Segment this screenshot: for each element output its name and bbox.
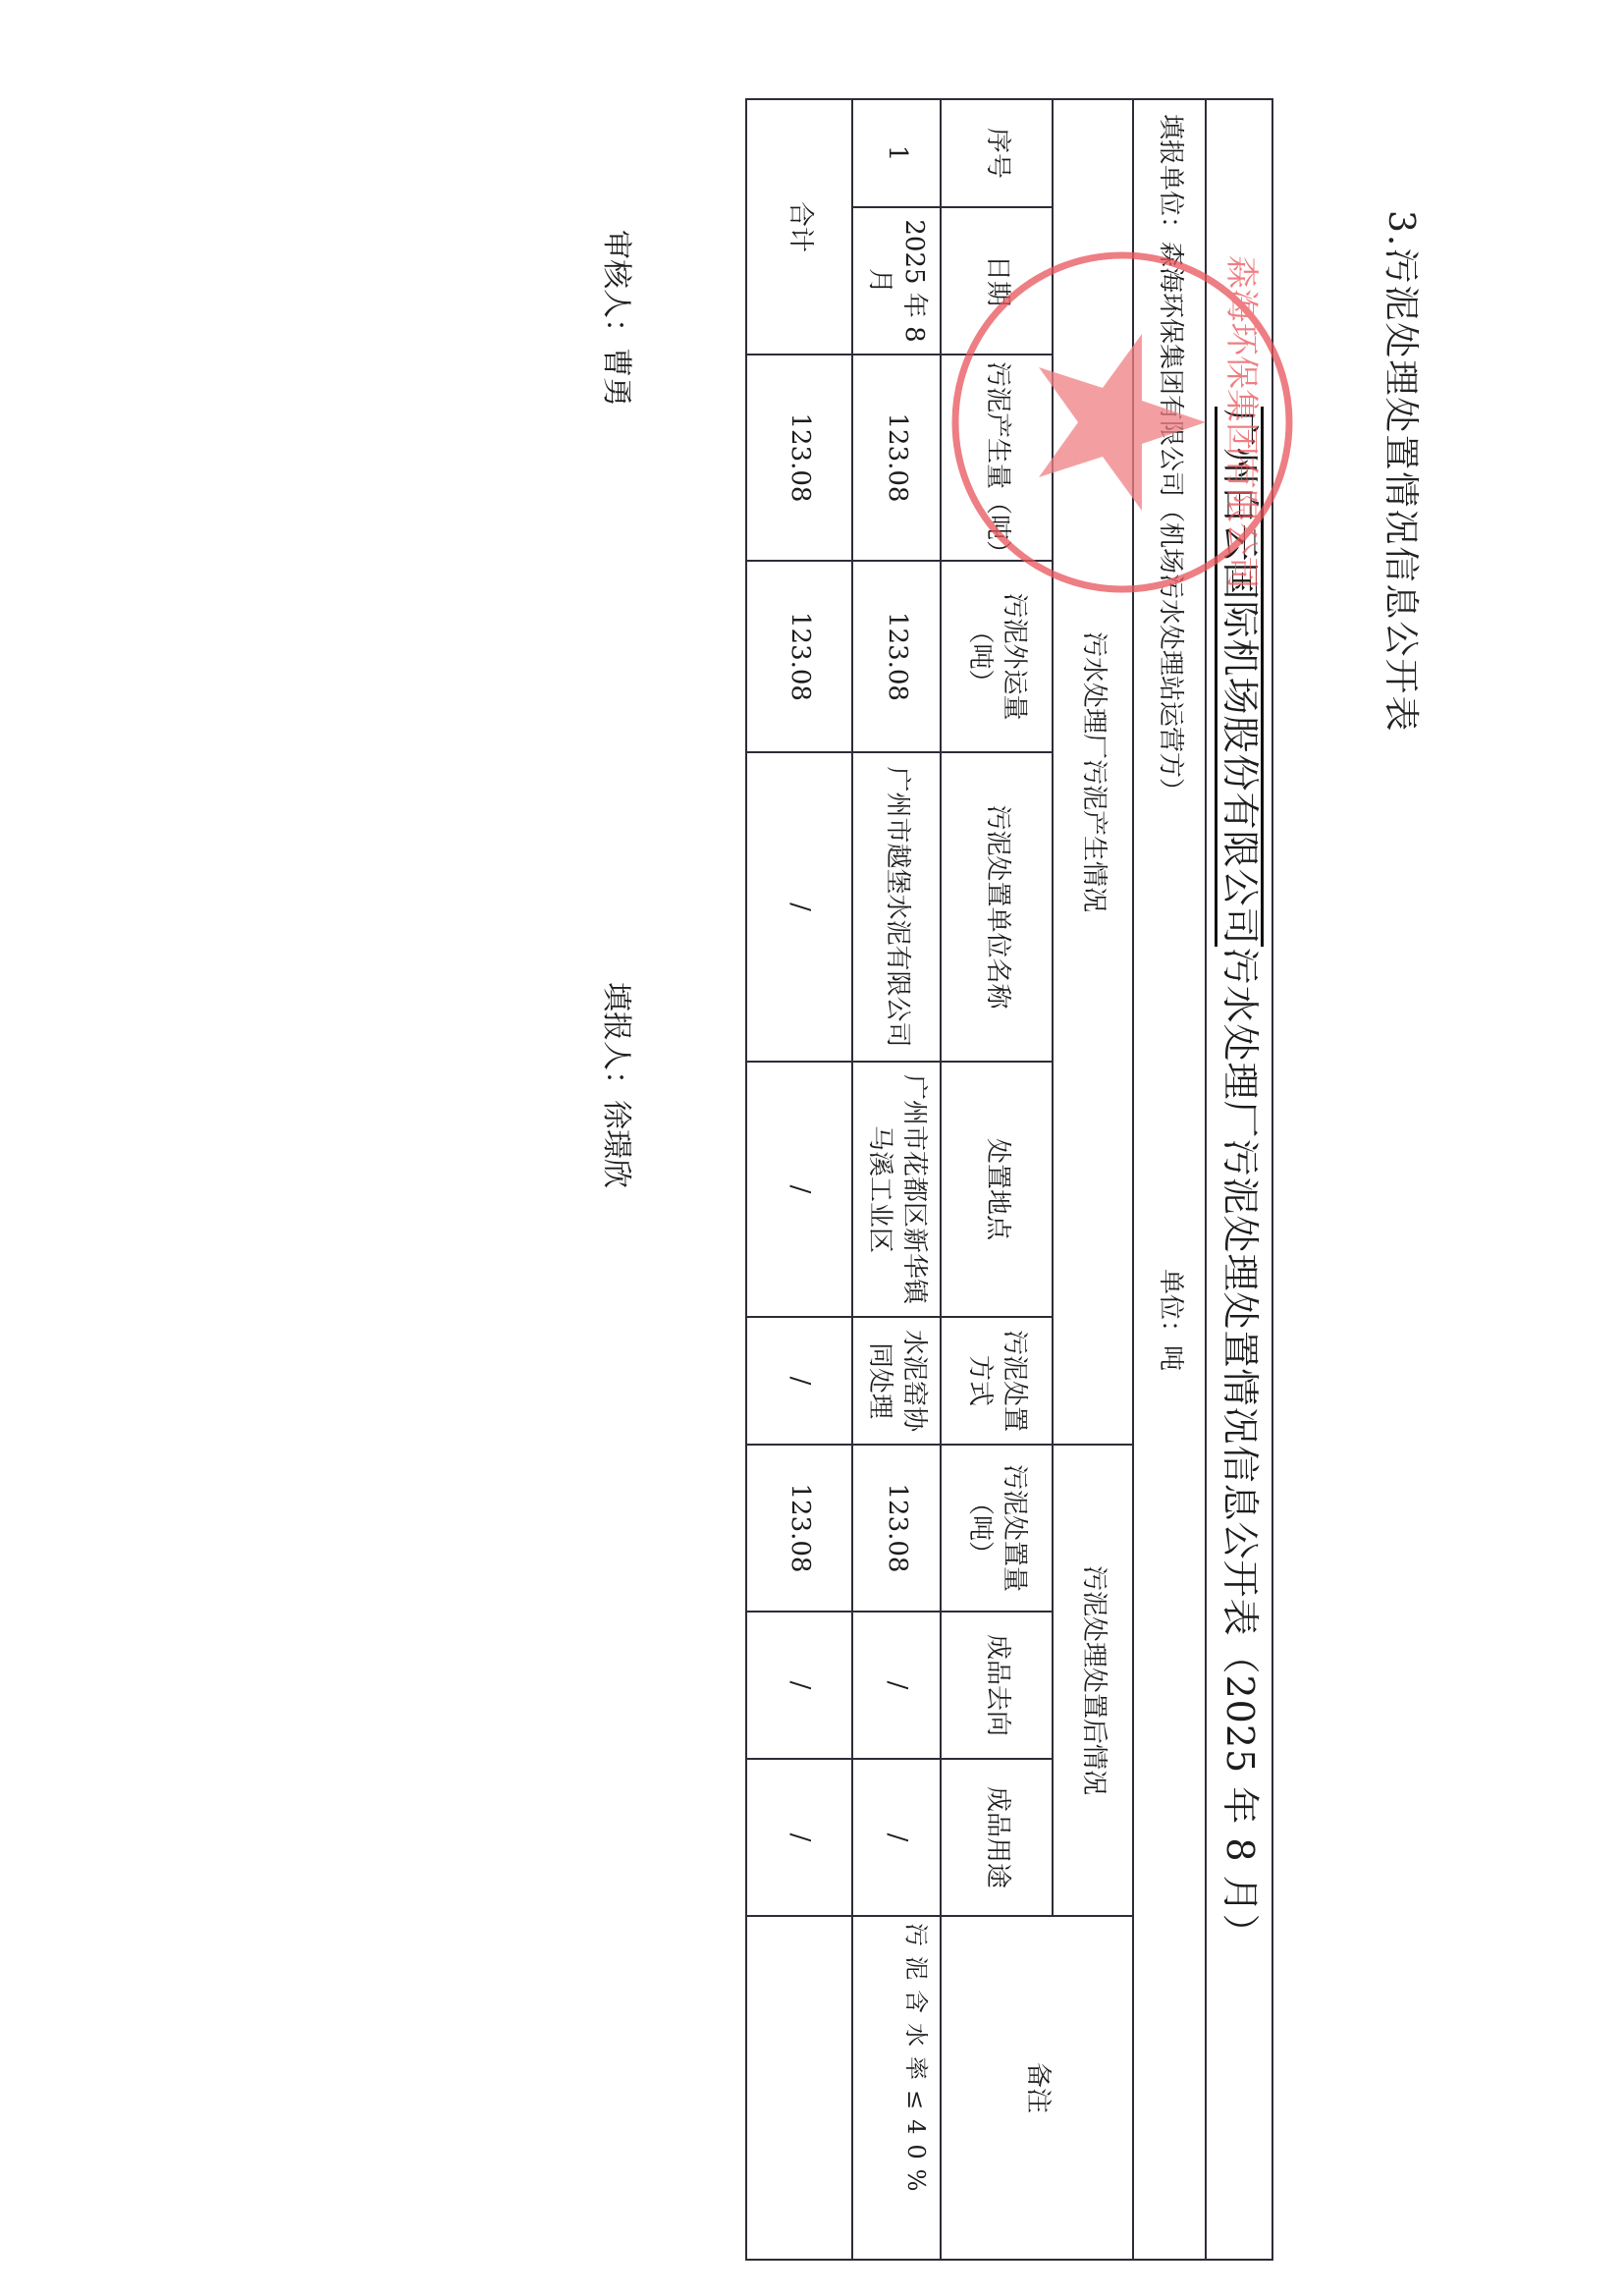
- reporting-info-row: 填报单位：森海环保集团有限公司（机场污水处理站运营方） 单位：吨: [1133, 99, 1206, 2260]
- total-disposal-location: /: [746, 1062, 852, 1317]
- unit-label: 单位：吨: [1153, 1269, 1187, 1371]
- cell-date: 2025 年 8 月: [852, 207, 941, 355]
- total-sludge-produced: 123.08: [746, 355, 852, 561]
- col-header-index: 序号: [941, 99, 1053, 207]
- col-header-product-destination: 成品去向: [941, 1612, 1053, 1759]
- title-rest: 污水处理厂污泥处理处置情况信息公开表（2025 年 8 月）: [1218, 947, 1262, 1951]
- total-product-use: /: [746, 1759, 852, 1916]
- reviewer-signature: 审核人：曹勇: [598, 230, 641, 407]
- total-label: 合计: [746, 99, 852, 355]
- total-disposal-unit: /: [746, 752, 852, 1062]
- total-row: 合计 123.08 123.08 / / / 123.08 / /: [746, 99, 852, 2260]
- col-header-date: 日期: [941, 207, 1053, 355]
- col-header-disposal-location: 处置地点: [941, 1062, 1053, 1317]
- total-disposal-amount: 123.08: [746, 1445, 852, 1612]
- col-header-disposal-method: 污泥处置方式: [941, 1317, 1053, 1445]
- col-header-disposal-unit: 污泥处置单位名称: [941, 752, 1053, 1062]
- col-header-disposal-amount: 污泥处置量（吨）: [941, 1445, 1053, 1612]
- cell-disposal-unit: 广州市越堡水泥有限公司: [852, 752, 941, 1062]
- reporting-unit: 填报单位：森海环保集团有限公司（机场污水处理站运营方）: [1152, 114, 1186, 803]
- col-header-product-use: 成品用途: [941, 1759, 1053, 1916]
- total-product-destination: /: [746, 1612, 852, 1759]
- total-sludge-transported: 123.08: [746, 561, 852, 752]
- title-company: 广州白云国际机场股份有限公司: [1215, 407, 1264, 947]
- document-heading: 3.污泥处理处置情况信息公开表: [1379, 210, 1429, 733]
- cell-sludge-produced: 123.08: [852, 355, 941, 561]
- cell-sludge-transported: 123.08: [852, 561, 941, 752]
- cell-disposal-method: 水泥窑协同处理: [852, 1317, 941, 1445]
- col-header-sludge-produced: 污泥产生量（吨）: [941, 355, 1053, 561]
- col-header-sludge-transported: 污泥外运量（吨）: [941, 561, 1053, 752]
- cell-product-use: /: [852, 1759, 941, 1916]
- table-title: 广州白云国际机场股份有限公司污水处理厂污泥处理处置情况信息公开表（2025 年 …: [1206, 99, 1272, 2260]
- cell-notes: 污泥含水率≤40%: [852, 1916, 941, 2260]
- document-page: 3.污泥处理处置情况信息公开表 广州白云国际机场股份有限公司污水处理厂污泥处理处…: [0, 0, 1623, 2296]
- group-header-notes: 备注: [941, 1916, 1133, 2260]
- cell-index: 1: [852, 99, 941, 207]
- table-row: 1 2025 年 8 月 123.08 123.08 广州市越堡水泥有限公司 广…: [852, 99, 941, 2260]
- cell-disposal-amount: 123.08: [852, 1445, 941, 1612]
- filler-signature: 填报人：徐璟欣: [598, 982, 641, 1188]
- cell-product-destination: /: [852, 1612, 941, 1759]
- group-header-production: 污水处理厂污泥产生情况: [1053, 99, 1133, 1445]
- total-disposal-method: /: [746, 1317, 852, 1445]
- group-header-after-disposal: 污泥处理处置后情况: [1053, 1445, 1133, 1916]
- sludge-disclosure-table: 广州白云国际机场股份有限公司污水处理厂污泥处理处置情况信息公开表（2025 年 …: [745, 98, 1273, 2261]
- total-notes: [746, 1916, 852, 2260]
- cell-disposal-location: 广州市花都区新华镇马溪工业区: [852, 1062, 941, 1317]
